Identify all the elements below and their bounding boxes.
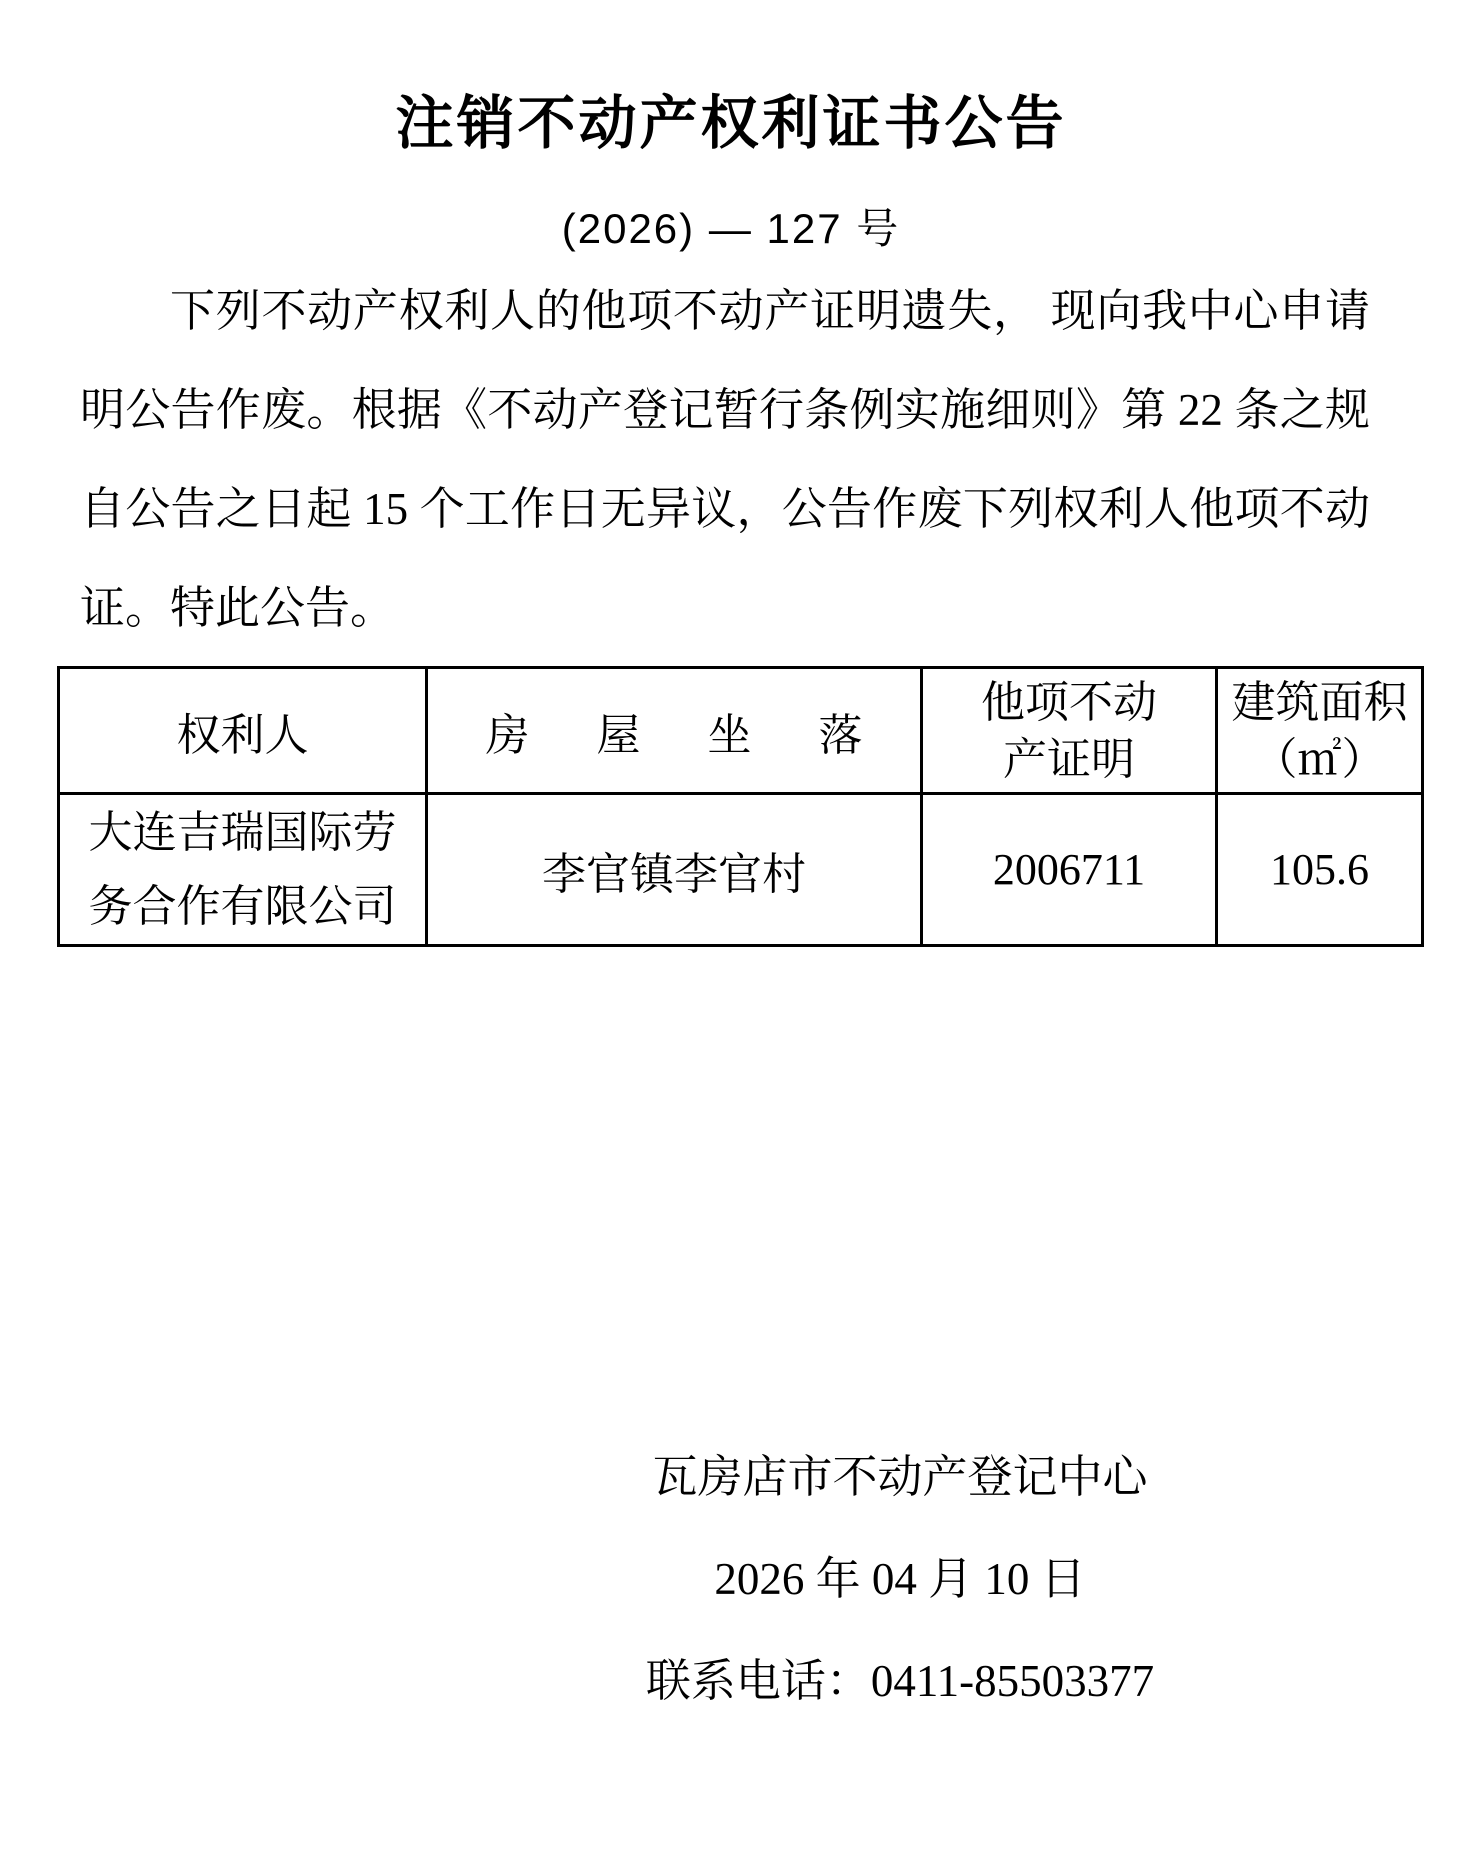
- col-header-house-location-label: 房 屋 坐 落: [486, 711, 863, 760]
- table-header-row: 权利人 房 屋 坐 落 他项不动 产证明 建筑面积 （㎡）: [59, 668, 1423, 794]
- table-row: 大连吉瑞国际劳 务合作有限公司 李官镇李官村 2006711 105.6: [59, 794, 1423, 946]
- paragraph-line-2: 明公告作废。根据《不动产登记暂行条例实施细则》第 22 条之规定：: [80, 361, 1370, 460]
- col-header-area: 建筑面积 （㎡）: [1217, 668, 1423, 794]
- announcement-document: 注销不动产权利证书公告 (2026) — 127 号 下列不动产权利人的他项不动…: [0, 0, 1462, 1850]
- paragraph-line-4: 证。特此公告。: [80, 559, 1370, 658]
- right-holder-line-2: 务合作有限公司: [60, 870, 425, 944]
- contact-phone: 联系电话：0411-85503377: [340, 1656, 1460, 1706]
- issuer-name: 瓦房店市不动产登记中心: [340, 1452, 1460, 1502]
- issue-date: 2026 年 04 月 10 日: [340, 1554, 1460, 1604]
- page-title: 注销不动产权利证书公告: [0, 76, 1462, 160]
- col-header-certificate: 他项不动 产证明: [922, 668, 1217, 794]
- paragraph-line-1: 下列不动产权利人的他项不动产证明遗失， 现向我中心申请声: [80, 262, 1370, 361]
- col-header-certificate-line-2: 产证明: [923, 731, 1215, 788]
- col-header-right-holder: 权利人: [59, 668, 427, 794]
- cell-house-location: 李官镇李官村: [427, 794, 922, 946]
- cell-right-holder: 大连吉瑞国际劳 务合作有限公司: [59, 794, 427, 946]
- footer: 瓦房店市不动产登记中心 2026 年 04 月 10 日 联系电话：0411-8…: [340, 1452, 1460, 1758]
- col-header-certificate-line-1: 他项不动: [923, 674, 1215, 731]
- col-header-area-line-2: （㎡）: [1218, 731, 1421, 788]
- right-holder-line-1: 大连吉瑞国际劳: [60, 796, 425, 870]
- col-header-area-line-1: 建筑面积: [1218, 674, 1421, 731]
- col-header-right-holder-label: 权利人: [177, 711, 309, 760]
- cell-building-area: 105.6: [1217, 794, 1423, 946]
- announcement-table: 权利人 房 屋 坐 落 他项不动 产证明 建筑面积 （㎡） 大连吉瑞国际劳: [57, 666, 1424, 947]
- cell-certificate-number: 2006711: [922, 794, 1217, 946]
- col-header-house-location: 房 屋 坐 落: [427, 668, 922, 794]
- doc-number: (2026) — 127 号: [0, 196, 1462, 256]
- paragraph-line-3: 自公告之日起 15 个工作日无异议，公告作废下列权利人他项不动产: [80, 460, 1370, 559]
- body-paragraph: 下列不动产权利人的他项不动产证明遗失， 现向我中心申请声 明公告作废。根据《不动…: [80, 262, 1370, 658]
